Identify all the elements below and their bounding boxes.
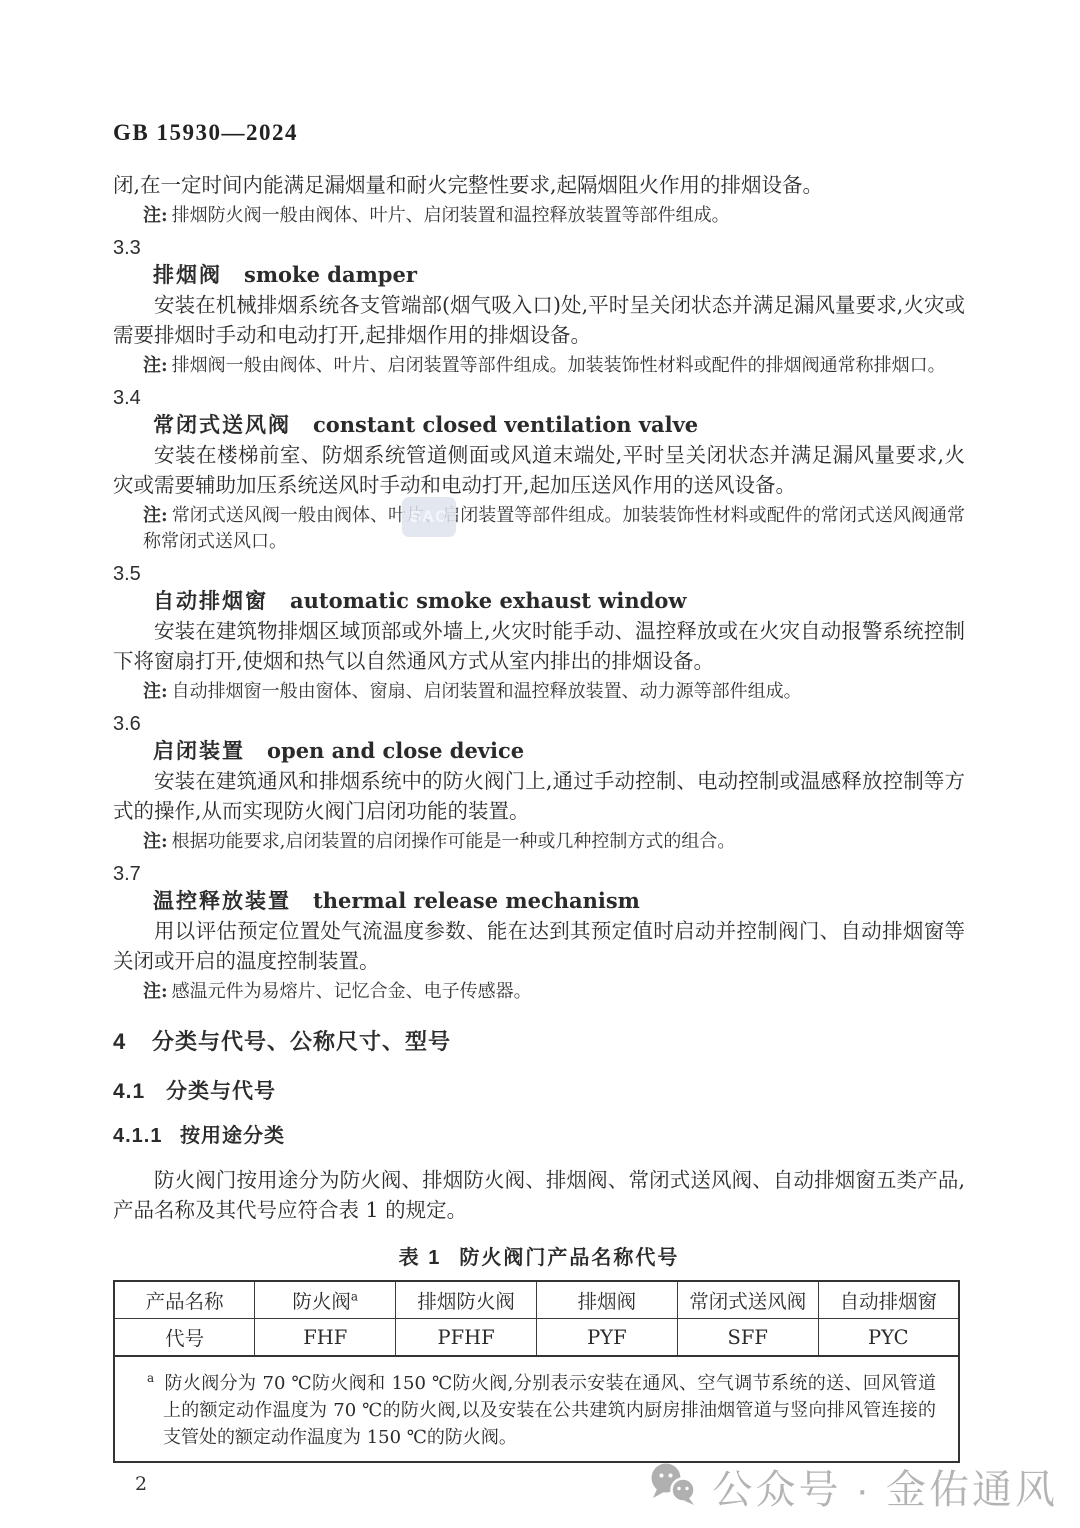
table-footnote: a防火阀分为 70 ℃防火阀和 150 ℃防火阀,分别表示安装在通风、空气调节系… <box>114 1356 959 1462</box>
note-label: 注: <box>143 681 168 702</box>
code-row-label: 代号 <box>114 1319 255 1357</box>
note-text: 根据功能要求,启闭装置的启闭操作可能是一种或几种控制方式的组合。 <box>172 831 736 852</box>
term-note-3-3: 注:排烟阀一般由阀体、叶片、启闭装置等部件组成。加装装饰性材料或配件的排烟阀通常… <box>113 353 965 379</box>
heading-text: 分类与代号 <box>166 1080 276 1103</box>
intro-paragraph: 闭,在一定时间内能满足漏烟量和耐火完整性要求,起隔烟阻火作用的排烟设备。 <box>113 170 965 200</box>
header-text: 排烟阀 <box>578 1290 637 1313</box>
term-definition-3-7: 用以评估预定位置处气流温度参数、能在达到其预定值时启动并控制阀门、自动排烟窗等关… <box>113 916 965 976</box>
header-cell-smoke-damper: 排烟阀 <box>536 1281 677 1319</box>
wechat-icon <box>648 1462 700 1512</box>
term-heading-3-3: 排烟阀smoke damper <box>113 261 965 290</box>
footnote-superscript: a <box>351 1290 358 1304</box>
term-definition-3-5: 安装在建筑物排烟区域顶部或外墙上,火灾时能手动、温控释放或在火灾自动报警系统控制… <box>113 616 965 676</box>
table-title-text: 防火阀门产品名称代号 <box>459 1247 679 1269</box>
table-header-row: 产品名称 防火阀a 排烟防火阀 排烟阀 常闭式送风阀 自动排烟窗 <box>114 1281 959 1319</box>
term-heading-3-5: 自动排烟窗automatic smoke exhaust window <box>113 587 965 616</box>
term-heading-3-7: 温控释放装置thermal release mechanism <box>113 887 965 916</box>
footnote-marker: a <box>147 1371 154 1385</box>
term-zh: 排烟阀 <box>153 264 222 287</box>
table-footnote-row: a防火阀分为 70 ℃防火阀和 150 ℃防火阀,分别表示安装在通风、空气调节系… <box>114 1356 959 1462</box>
clause-number-3-6: 3.6 <box>113 714 965 734</box>
note-label: 注: <box>143 205 168 226</box>
term-heading-3-4: 常闭式送风阀constant closed ventilation valve <box>113 411 965 440</box>
header-cell-smoke-fire-damper: 排烟防火阀 <box>396 1281 537 1319</box>
note-label: 注: <box>143 981 168 1002</box>
header-text: 自动排烟窗 <box>840 1290 938 1313</box>
note-text: 感温元件为易熔片、记忆合金、电子传感器。 <box>172 981 532 1002</box>
term-en: smoke damper <box>244 262 417 287</box>
note-label: 注: <box>143 355 168 376</box>
note-text: 自动排烟窗一般由窗体、窗扇、启闭装置和温控释放装置、动力源等部件组成。 <box>172 681 802 702</box>
header-cell-product-name: 产品名称 <box>114 1281 255 1319</box>
table-label: 表 1 <box>399 1247 442 1269</box>
note-text: 常闭式送风阀一般由阀体、叶片、启闭装置等部件组成。加装装饰性材料或配件的常闭式送… <box>143 505 965 552</box>
footnote-text: 防火阀分为 70 ℃防火阀和 150 ℃防火阀,分别表示安装在通风、空气调节系统… <box>163 1373 936 1448</box>
note-text: 排烟阀一般由阀体、叶片、启闭装置等部件组成。加装装饰性材料或配件的排烟阀通常称排… <box>172 355 946 376</box>
term-note-3-7: 注:感温元件为易熔片、记忆合金、电子传感器。 <box>113 979 965 1005</box>
term-zh: 温控释放装置 <box>153 890 291 913</box>
header-text: 排烟防火阀 <box>417 1290 515 1313</box>
code-cell: PYF <box>536 1319 677 1357</box>
header-cell-ventilation-valve: 常闭式送风阀 <box>677 1281 818 1319</box>
heading-text: 分类与代号、公称尺寸、型号 <box>152 1029 451 1054</box>
term-heading-3-6: 启闭装置open and close device <box>113 737 965 766</box>
heading-number: 4.1 <box>113 1079 166 1104</box>
clause-number-3-4: 3.4 <box>113 388 965 408</box>
clause-number-3-5: 3.5 <box>113 564 965 584</box>
watermark-text: 公众号 · 金佑通风 <box>712 1458 1058 1515</box>
term-note-3-5: 注:自动排烟窗一般由窗体、窗扇、启闭装置和温控释放装置、动力源等部件组成。 <box>113 679 965 705</box>
code-cell: SFF <box>677 1319 818 1357</box>
term-definition-3-4: 安装在楼梯前室、防烟系统管道侧面或风道末端处,平时呈关闭状态并满足漏风量要求,火… <box>113 440 965 500</box>
clause-4-1-1-paragraph: 防火阀门按用途分为防火阀、排烟防火阀、排烟阀、常闭式送风阀、自动排烟窗五类产品,… <box>113 1165 965 1225</box>
term-en: open and close device <box>267 738 524 763</box>
document-page: GB 15930—2024 闭,在一定时间内能满足漏烟量和耐火完整性要求,起隔烟… <box>0 0 1080 1528</box>
heading-text: 按用途分类 <box>180 1125 285 1147</box>
term-note-3-6: 注:根据功能要求,启闭装置的启闭操作可能是一种或几种控制方式的组合。 <box>113 829 965 855</box>
header-text: 常闭式送风阀 <box>689 1290 806 1313</box>
wechat-watermark: 公众号 · 金佑通风 <box>648 1458 1058 1515</box>
term-en: constant closed ventilation valve <box>313 412 698 437</box>
clause-number-3-7: 3.7 <box>113 864 965 884</box>
note-text: 排烟防火阀一般由阀体、叶片、启闭装置和温控释放装置等部件组成。 <box>172 205 730 226</box>
heading-number: 4 <box>113 1029 152 1055</box>
term-definition-3-6: 安装在建筑通风和排烟系统中的防火阀门上,通过手动控制、电动控制或温感释放控制等方… <box>113 766 965 826</box>
heading-clause-4: 4分类与代号、公称尺寸、型号 <box>113 1029 965 1055</box>
table-1: 产品名称 防火阀a 排烟防火阀 排烟阀 常闭式送风阀 自动排烟窗 代号 FHF … <box>113 1280 960 1463</box>
header-text: 防火阀 <box>292 1290 351 1313</box>
header-cell-exhaust-window: 自动排烟窗 <box>818 1281 959 1319</box>
term-en: thermal release mechanism <box>313 888 640 913</box>
code-cell: FHF <box>255 1319 396 1357</box>
table-code-row: 代号 FHF PFHF PYF SFF PYC <box>114 1319 959 1357</box>
table-1-title: 表 1防火阀门产品名称代号 <box>113 1241 965 1270</box>
term-definition-3-3: 安装在机械排烟系统各支管端部(烟气吸入口)处,平时呈关闭状态并满足漏风量要求,火… <box>113 290 965 350</box>
heading-number: 4.1.1 <box>113 1124 180 1148</box>
sac-watermark: SAC <box>402 497 456 537</box>
term-zh: 自动排烟窗 <box>153 590 268 613</box>
code-cell: PFHF <box>396 1319 537 1357</box>
heading-clause-4-1: 4.1分类与代号 <box>113 1079 965 1104</box>
term-zh: 常闭式送风阀 <box>153 414 291 437</box>
doc-number: GB 15930—2024 <box>113 120 965 146</box>
code-cell: PYC <box>818 1319 959 1357</box>
heading-clause-4-1-1: 4.1.1按用途分类 <box>113 1124 965 1148</box>
header-cell-fire-damper: 防火阀a <box>255 1281 396 1319</box>
term-en: automatic smoke exhaust window <box>290 588 686 613</box>
term-note-3-4: 注:常闭式送风阀一般由阀体、叶片、启闭装置等部件组成。加装装饰性材料或配件的常闭… <box>113 503 965 555</box>
clause-number-3-3: 3.3 <box>113 238 965 258</box>
note-label: 注: <box>143 831 168 852</box>
term-zh: 启闭装置 <box>153 740 245 763</box>
intro-note: 注:排烟防火阀一般由阀体、叶片、启闭装置和温控释放装置等部件组成。 <box>113 203 965 229</box>
note-label: 注: <box>143 505 168 526</box>
